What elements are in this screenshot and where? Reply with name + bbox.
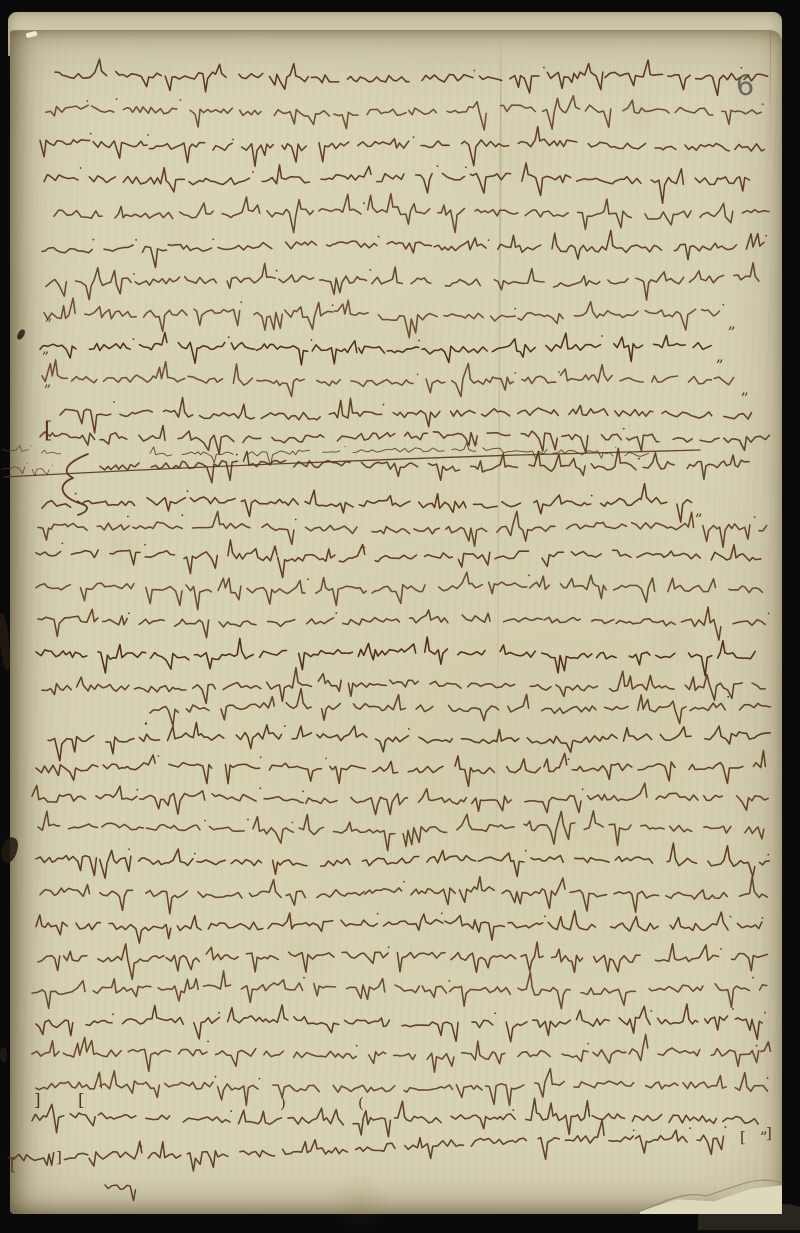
ink-mark: „ — [741, 380, 749, 398]
diacritic-dot — [204, 820, 206, 822]
diacritic-dot — [62, 543, 64, 545]
diacritic-dot — [194, 853, 196, 855]
handwriting-line — [100, 448, 749, 482]
handwriting-line — [36, 1004, 762, 1042]
handwriting-line — [44, 298, 719, 338]
diacritic-dot — [417, 374, 419, 376]
diacritic-dot — [369, 269, 371, 271]
diacritic-dot — [720, 948, 722, 950]
diacritic-dot — [295, 519, 297, 521]
diacritic-dot — [408, 728, 410, 730]
handwriting-line — [8, 1120, 724, 1171]
diacritic-dot — [182, 514, 184, 516]
diacritic-dot — [762, 103, 764, 105]
diacritic-dot — [441, 912, 443, 914]
diacritic-dot — [116, 98, 118, 100]
handwriting-line — [36, 637, 755, 676]
diacritic-dot — [87, 100, 89, 102]
diacritic-dot — [512, 1109, 514, 1111]
diacritic-dot — [722, 304, 724, 306]
margin-brace — [63, 454, 88, 515]
diacritic-dot — [377, 913, 379, 915]
diacritic-dot — [302, 791, 304, 793]
handwriting-line — [38, 811, 764, 851]
diacritic-dot — [768, 613, 770, 615]
diacritic-dot — [260, 756, 262, 758]
diacritic-dot — [388, 946, 390, 948]
diacritic-dot — [230, 1110, 232, 1112]
ink-mark: „ — [728, 314, 736, 332]
handwriting-line — [44, 163, 750, 203]
diacritic-dot — [591, 495, 593, 497]
diacritic-dot — [158, 755, 160, 757]
diacritic-dot — [325, 758, 327, 760]
diacritic-dot — [544, 916, 546, 918]
handwriting-line — [40, 333, 711, 365]
diacritic-dot — [582, 788, 584, 790]
diacritic-dot — [31, 446, 32, 447]
diacritic-dot — [27, 463, 28, 464]
diacritic-dot — [623, 428, 625, 430]
diacritic-dot — [767, 854, 769, 856]
diacritic-dot — [218, 1012, 220, 1014]
diacritic-dot — [514, 372, 516, 374]
diacritic-dot — [335, 612, 337, 614]
handwriting-line — [38, 607, 765, 640]
diacritic-dot — [638, 458, 640, 460]
diacritic-dot — [363, 202, 365, 204]
diacritic-dot — [311, 339, 313, 341]
diacritic-dot — [228, 336, 230, 338]
diacritic-dot — [488, 239, 490, 241]
diacritic-dot — [448, 980, 450, 982]
handwriting-line — [32, 971, 767, 1009]
handwriting-line — [32, 1034, 770, 1072]
diacritic-dot — [356, 1045, 358, 1047]
diacritic-dot — [727, 696, 729, 698]
diacritic-dot — [732, 1008, 734, 1010]
diacritic-dot — [127, 516, 129, 518]
diacritic-dot — [75, 493, 77, 495]
diacritic-dot — [767, 1044, 769, 1046]
ink-mark: ] — [766, 1124, 772, 1142]
diacritic-dot — [144, 544, 146, 546]
handwriting-line — [55, 59, 768, 95]
diacritic-dot — [259, 787, 261, 789]
diacritic-dot — [136, 789, 138, 791]
handwriting-line — [36, 1069, 768, 1106]
handwriting-line — [32, 1098, 758, 1136]
diacritic-dot — [689, 1127, 691, 1129]
ink-mark: „ — [45, 308, 52, 324]
ink-mark: ) — [280, 1094, 286, 1112]
ink-mark: [ — [10, 1156, 16, 1174]
handwriting-line — [105, 1185, 136, 1201]
handwriting-line — [42, 360, 734, 397]
diacritic-dot — [303, 977, 305, 979]
diacritic-dot — [476, 443, 477, 444]
ink-mark: ( — [358, 1094, 364, 1112]
ink-mark: [ — [740, 1128, 746, 1146]
diacritic-dot — [413, 136, 415, 138]
diacritic-dot — [752, 977, 754, 979]
diacritic-dot — [276, 270, 278, 272]
diacritic-dot — [363, 547, 365, 549]
diacritic-dot — [650, 1010, 652, 1012]
diacritic-dot — [147, 134, 149, 136]
diacritic-dot — [378, 236, 380, 238]
handwriting-line — [32, 783, 768, 814]
diacritic-dot — [730, 916, 732, 918]
diacritic-dot — [383, 404, 385, 406]
diacritic-dot — [97, 1074, 99, 1076]
ink-mark: „ — [716, 347, 724, 365]
diacritic-dot — [259, 1078, 261, 1080]
handwriting-line — [38, 942, 768, 979]
handwriting-line — [46, 96, 761, 130]
diacritic-dot — [344, 446, 345, 447]
diacritic-dot — [247, 819, 249, 821]
diacritic-dot — [568, 758, 570, 760]
handwriting-line — [2, 446, 61, 454]
handwriting-line — [38, 511, 767, 547]
diacritic-dot — [215, 1076, 217, 1078]
ink-mark: ] — [56, 1148, 62, 1166]
ink-mark: ] — [34, 1091, 41, 1111]
diacritic-dot — [207, 1041, 209, 1043]
handwriting-line — [40, 127, 764, 167]
handwriting-line — [42, 484, 692, 522]
diacritic-dot — [128, 848, 130, 850]
diacritic-dot — [633, 1130, 635, 1132]
diacritic-dot — [307, 578, 309, 580]
diacritic-dot — [252, 171, 254, 173]
diacritic-dot — [765, 235, 767, 237]
diacritic-dot — [588, 1109, 590, 1111]
handwriting-line — [42, 668, 765, 704]
handwriting-line — [36, 843, 769, 878]
diacritic-dot — [474, 70, 476, 72]
diacritic-dot — [113, 401, 115, 403]
diacritic-dot — [754, 516, 756, 518]
diacritic-dot — [525, 850, 527, 852]
handwriting-line — [36, 911, 762, 943]
corner-crease — [636, 1180, 782, 1213]
diacritic-dot — [764, 1012, 766, 1014]
diacritic-dot — [465, 166, 467, 168]
diacritic-dot — [762, 917, 764, 919]
diacritic-dot — [236, 454, 238, 456]
insertion-underline-swash — [4, 450, 700, 477]
diacritic-dot — [135, 239, 137, 241]
ink-mark: [ — [44, 419, 53, 444]
diacritic-dot — [240, 301, 242, 303]
diacritic-dot — [133, 338, 135, 340]
diacritic-dot — [133, 273, 135, 275]
diacritic-dot — [112, 1013, 114, 1015]
diacritic-dot — [558, 371, 560, 373]
diacritic-dot — [180, 99, 182, 101]
diacritic-dot — [587, 1043, 589, 1045]
diacritic-dot — [128, 613, 130, 615]
scanned-manuscript-view: 6 „„„„„„„„[][()[][]. — [0, 0, 800, 1233]
diacritic-dot — [514, 308, 516, 310]
ink-mark: „ — [695, 501, 703, 519]
handwriting-line — [36, 751, 765, 787]
handwriting-line — [36, 572, 763, 609]
diacritic-dot — [615, 447, 616, 448]
handwriting-line — [150, 689, 770, 726]
diacritic-dot — [284, 725, 286, 727]
diacritic-dot — [543, 67, 545, 69]
diacritic-dot — [140, 1146, 142, 1148]
diacritic-dot — [93, 239, 95, 241]
diacritic-dot — [725, 1126, 727, 1128]
ink-mark: . — [143, 708, 149, 729]
ink-mark: „ — [42, 341, 49, 357]
handwriting-line — [46, 263, 759, 300]
diacritic-dot — [756, 1045, 758, 1047]
handwriting-line — [42, 230, 764, 267]
diacritic-dot — [437, 165, 439, 167]
diacritic-dot — [232, 139, 234, 141]
ink-mark: „ — [44, 374, 51, 390]
ink-mark: [ — [78, 1091, 85, 1111]
handwriting-line — [40, 426, 769, 454]
diacritic-dot — [601, 335, 603, 337]
diacritic-dot — [741, 67, 743, 69]
diacritic-dot — [528, 575, 530, 577]
diacritic-dot — [90, 133, 92, 135]
handwriting-layer: „„„„„„„„[][()[][]. — [0, 0, 800, 1233]
diacritic-dot — [332, 304, 334, 306]
diacritic-dot — [418, 340, 420, 342]
diacritic-dot — [52, 465, 53, 466]
diacritic-dot — [494, 1012, 496, 1014]
diacritic-dot — [187, 490, 189, 492]
diacritic-dot — [767, 1077, 769, 1079]
diacritic-dot — [403, 881, 405, 883]
diacritic-dot — [212, 239, 214, 241]
diacritic-dot — [291, 822, 293, 824]
diacritic-dot — [80, 167, 82, 169]
